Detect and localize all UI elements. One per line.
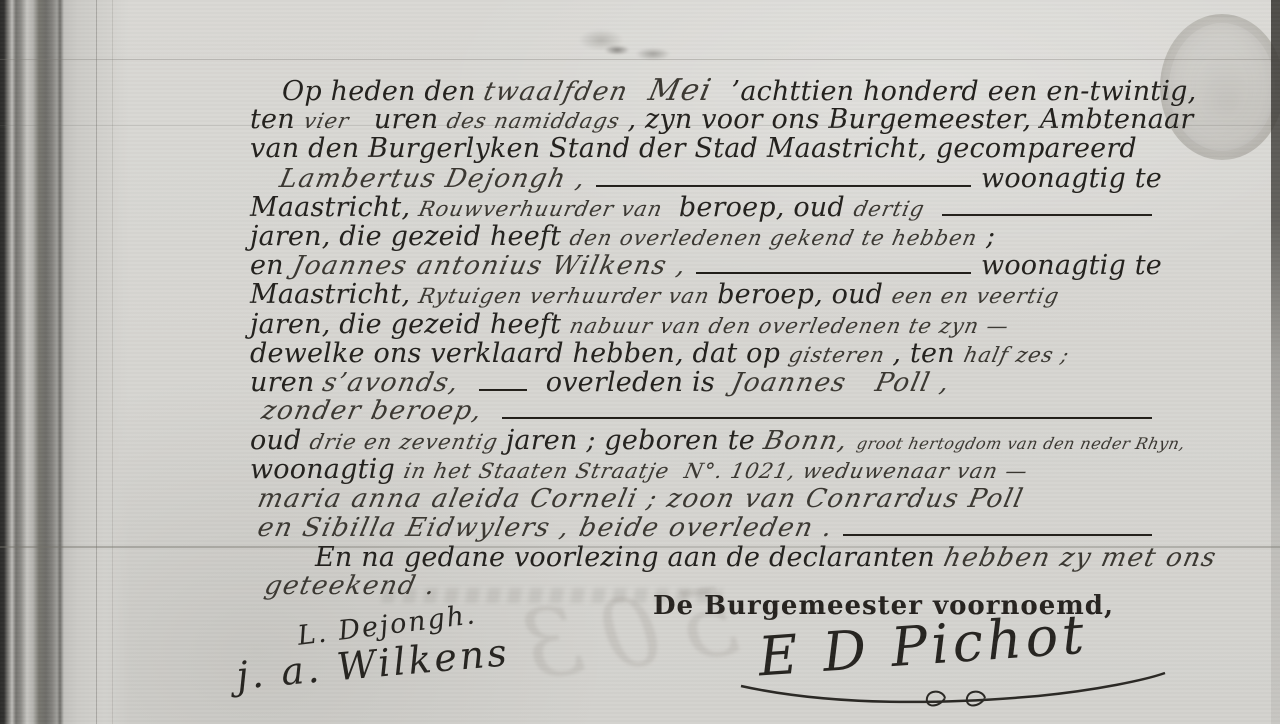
handwritten-text: Mei <box>635 76 726 105</box>
paper-fold-line <box>112 0 113 724</box>
printed-text: woonagtig te <box>981 164 1162 193</box>
document-line: ten vier uren des namiddags , zyn voor o… <box>250 105 1162 134</box>
document-line: uren s’avonds, overleden is Joannes Poll… <box>250 368 1162 397</box>
printed-text: jaren, die gezeid heeft <box>250 310 570 339</box>
document-line: en Joannes antonius Wilkens ,woonagtig t… <box>250 251 1162 280</box>
handwritten-text: nabuur van den overledenen te zyn — <box>567 312 1012 341</box>
printed-text: Maastricht, <box>250 193 419 222</box>
document-line: Op heden den twaalfden Mei ’achttien hon… <box>250 76 1162 105</box>
handwritten-text: den overledenen gekend te hebben <box>567 224 980 253</box>
signature-flourish <box>733 668 1173 712</box>
document-line: Maastricht, Rytuigen verhuurder van bero… <box>250 280 1162 309</box>
handwritten-text: geteekend . <box>262 572 439 601</box>
handwritten-text: groot hertogdom van den neder Rhyn, <box>854 429 1188 458</box>
printed-text: uren <box>250 368 323 397</box>
handwritten-text: Rouwverhuurder van <box>416 195 673 224</box>
printed-text: Maastricht, <box>250 280 419 309</box>
handwritten-text: Joannes antonius Wilkens , <box>289 252 689 281</box>
printed-text: jaren, die gezeid heeft <box>250 222 570 251</box>
document-line: Lambertus Dejongh ,woonagtig te <box>250 164 1162 193</box>
handwritten-text: vier <box>301 107 360 136</box>
book-binding-edge <box>0 0 130 724</box>
printed-text: , zyn voor ons Burgemeester, Ambtenaar <box>627 105 1193 134</box>
printed-text: En na gedane voorlezing aan de declarant… <box>315 543 944 572</box>
handwritten-text: en Sibilla Eidwylers , beide overleden . <box>255 514 836 543</box>
printed-text: woonagtig te <box>981 251 1162 280</box>
handwritten-text: Lambertus Dejongh , <box>277 165 589 194</box>
printed-text: uren <box>356 105 447 134</box>
printed-text: oud <box>250 426 310 455</box>
document-line: maria anna aleida Corneli ; zoon van Con… <box>250 485 1162 514</box>
document-line: oud drie en zeventig jaren ; geboren te … <box>250 426 1162 455</box>
handwritten-text: zonder beroep, <box>259 397 495 426</box>
handwritten-text: Joannes Poll , <box>729 369 953 398</box>
death-certificate-page: 503 Op heden den twaalfden Mei ’achttien… <box>0 0 1280 724</box>
blank-fill-rule <box>479 376 527 391</box>
handwritten-text: Bonn, <box>761 427 861 456</box>
handwritten-text: s’avonds, <box>320 369 472 398</box>
printed-text: overleden is <box>537 368 732 397</box>
handwritten-text: weduwenaar van — <box>800 457 1031 486</box>
blank-fill-rule <box>942 201 1152 216</box>
handwritten-text: maria anna aleida Corneli ; zoon van Con… <box>255 485 1027 514</box>
printed-text: ten <box>250 105 304 134</box>
handwritten-text: des namiddags <box>444 107 630 136</box>
handwritten-text: hebben zy met ons <box>941 544 1220 573</box>
printed-text: van den Burgerlyken Stand der Stad Maast… <box>250 134 1137 163</box>
handwritten-text: gisteren <box>786 341 896 370</box>
document-line: dewelke ons verklaard hebben, dat op gis… <box>250 339 1162 368</box>
blank-fill-rule <box>696 259 971 274</box>
printed-text: dewelke ons verklaard hebben, dat op <box>250 339 789 368</box>
document-line: woonagtig in het Staaten Straatje N°. 10… <box>250 455 1162 484</box>
blank-fill-rule <box>502 404 1152 419</box>
printed-text: woonagtig <box>250 455 404 484</box>
handwritten-text: een en veertig <box>889 282 1062 311</box>
handwritten-text: twaalfden <box>481 78 641 107</box>
paper-fold-line <box>96 0 97 724</box>
page-right-edge <box>1271 0 1280 724</box>
document-line: En na gedane voorlezing aan de declarant… <box>250 543 1162 572</box>
handwritten-text: in het Staaten Straatje N°. 1021, <box>401 457 807 486</box>
printed-text: ’achttien honderd een en-twintig, <box>723 77 1197 106</box>
printed-text: , ten <box>892 339 963 368</box>
printed-text: Op heden den <box>282 77 484 106</box>
handwritten-text: half zes ; <box>960 341 1071 370</box>
document-line: jaren, die gezeid heeft nabuur van den o… <box>250 310 1162 339</box>
document-line: en Sibilla Eidwylers , beide overleden . <box>250 514 1162 543</box>
handwritten-text: drie en zeventig <box>307 428 509 457</box>
ink-smudge <box>555 22 715 72</box>
blank-fill-rule <box>596 172 971 187</box>
blank-fill-rule <box>843 521 1152 536</box>
document-line: jaren, die gezeid heeft den overledenen … <box>250 222 1162 251</box>
printed-text: en <box>250 251 293 280</box>
document-line: Maastricht, Rouwverhuurder van beroep, o… <box>250 193 1162 222</box>
printed-text: jaren ; geboren te <box>506 426 764 455</box>
document-body: Op heden den twaalfden Mei ’achttien hon… <box>250 76 1162 601</box>
handwritten-text: Rytuigen verhuurder van <box>416 282 720 311</box>
printed-text: ; <box>977 222 995 251</box>
handwritten-text: dertig <box>851 195 935 224</box>
printed-text: beroep, oud <box>670 193 854 222</box>
document-line: van den Burgerlyken Stand der Stad Maast… <box>250 134 1162 163</box>
printed-text: beroep, oud <box>717 280 892 309</box>
document-line: zonder beroep, <box>250 397 1162 426</box>
